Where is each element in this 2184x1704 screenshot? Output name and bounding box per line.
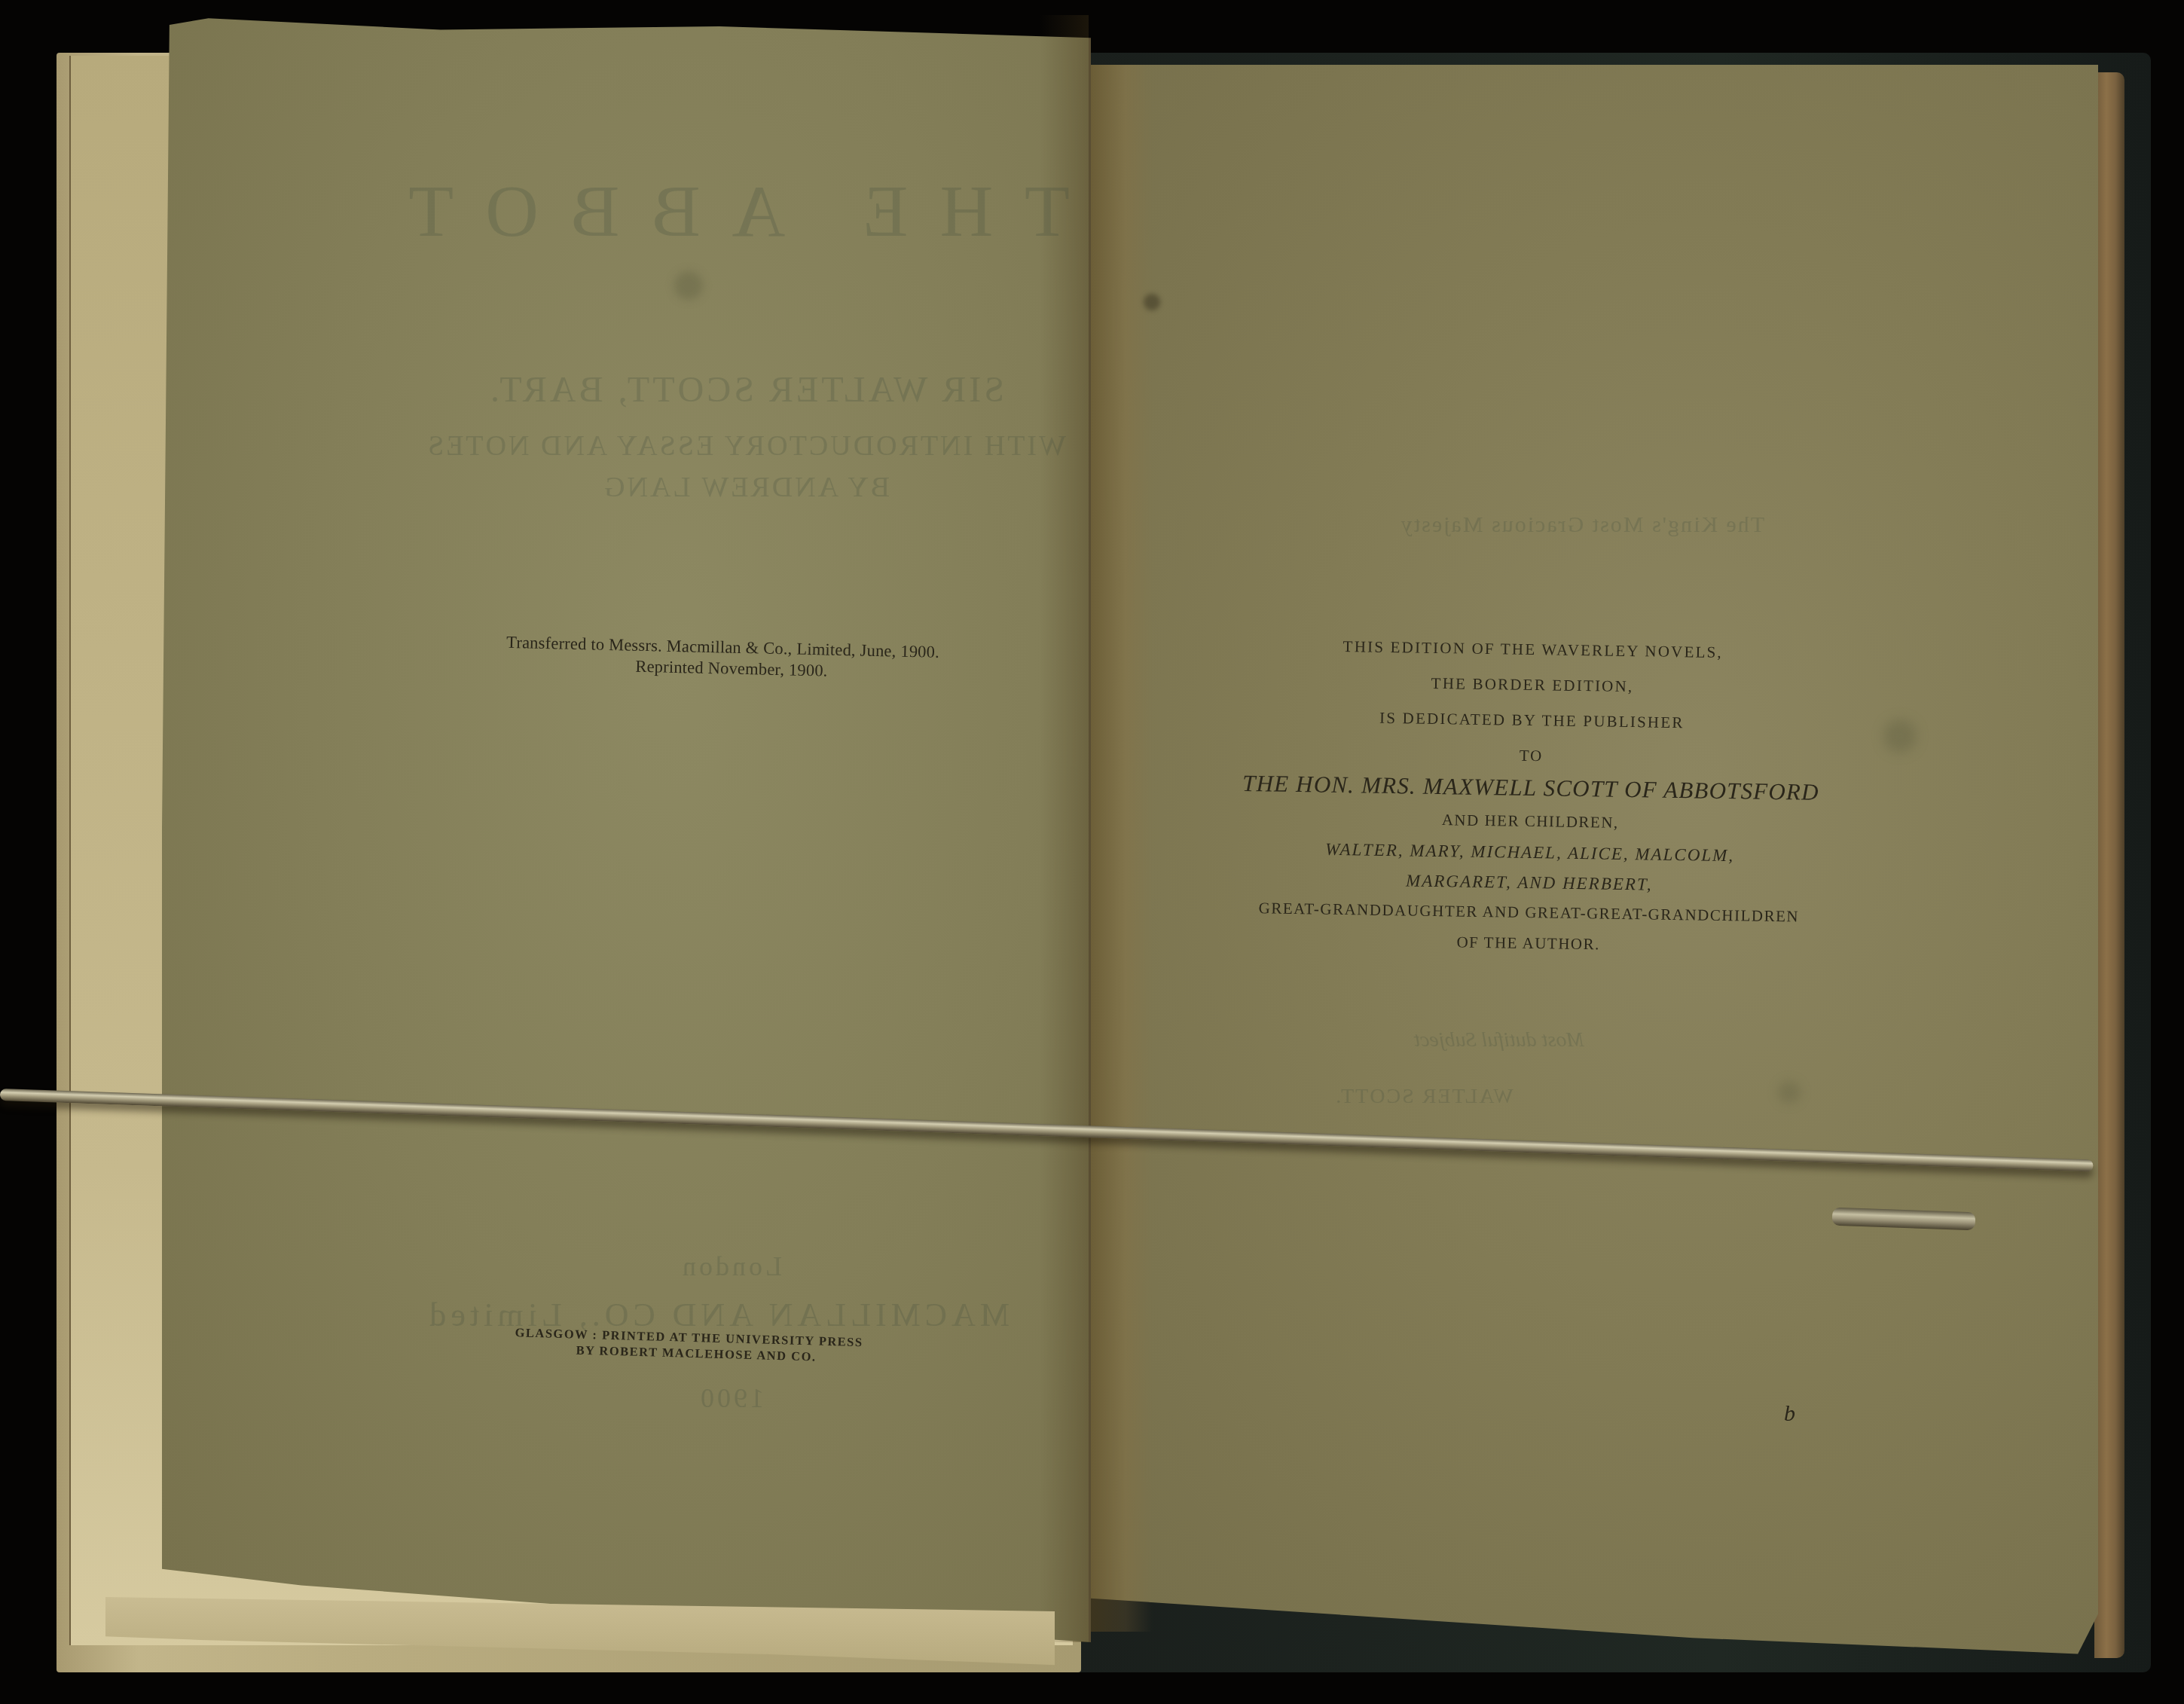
show-through-signature-name: WALTER SCOTT. [1326,1085,1522,1109]
show-through-motto: The King's Most Gracious Majesty [1311,512,1853,538]
children-names: MARGARET, AND HERBERT, [1171,868,1887,899]
dedication-line: GREAT-GRANDDAUGHTER AND GREAT-GREAT-GRAN… [1171,897,1886,927]
dedicatee-name: THE HON. MRS. MAXWELL SCOTT OF ABBOTSFOR… [1173,769,1889,808]
dedication-line: THE BORDER EDITION, [1174,670,1890,701]
foxing-spot [674,271,703,300]
gutter-shadow [1085,65,1153,1632]
show-through-intro: WITH INTRODUCTORY ESSAY AND NOTES [422,429,1070,463]
left-page-edge-shadow [1040,15,1089,1642]
dedication: THIS EDITION OF THE WAVERLEY NOVELS, THE… [1170,635,1891,971]
dedication-line: OF THE AUTHOR. [1171,928,1886,958]
dedication-line: AND HER CHILDREN, [1172,807,1888,837]
foxing-spot [1883,719,1917,753]
children-names: WALTER, MARY, MICHAEL, ALICE, MALCOLM, [1171,838,1887,869]
show-through-editor: BY ANDREW LANG [422,471,1070,504]
show-through-signature-line: Most dutiful Subject [1326,1028,1672,1052]
signature-mark: b [1784,1401,1795,1427]
show-through-author: SIR WALTER SCOTT, BART. [422,369,1070,411]
show-through-year: 1900 [452,1382,1010,1414]
foxing-spot [1778,1081,1801,1104]
show-through-place: London [452,1251,1010,1282]
dedication-line: TO [1173,741,1889,771]
dedication-line: IS DEDICATED BY THE PUBLISHER [1174,706,1889,736]
foxing-spot [1144,294,1160,310]
show-through-title: THE ABBOT [422,169,1070,254]
page-block-fore-edge [2094,72,2124,1658]
